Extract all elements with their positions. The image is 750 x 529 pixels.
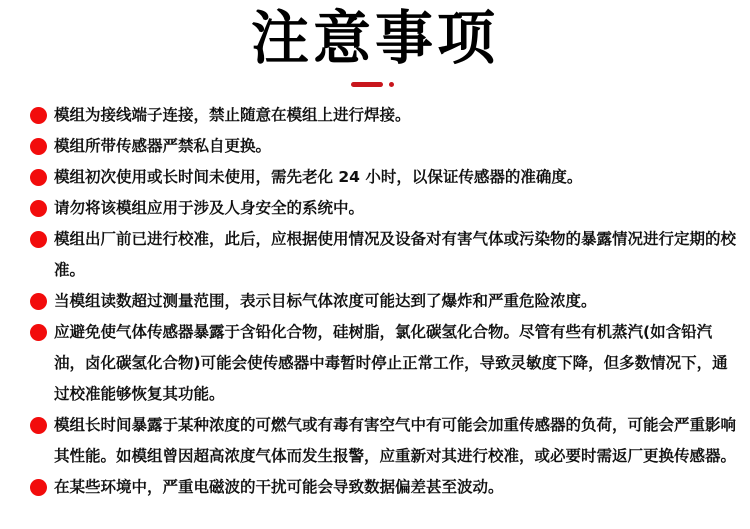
note-text: 在某些环境中，严重电磁波的干扰可能会导致数据偏差甚至波动。	[54, 478, 504, 496]
notes-list: 模组为接线端子连接，禁止随意在模组上进行焊接。 模组所带传感器严禁私自更换。 模…	[30, 100, 742, 503]
note-text: 模组所带传感器严禁私自更换。	[54, 137, 271, 155]
note-item: 在某些环境中，严重电磁波的干扰可能会导致数据偏差甚至波动。	[30, 472, 742, 503]
note-item: 模组所带传感器严禁私自更换。	[30, 131, 742, 162]
red-dot-bullet-icon	[30, 138, 47, 155]
note-text: 模组初次使用或长时间未使用，需先老化 24 小时，以保证传感器的准确度。	[54, 168, 582, 186]
note-text: 当模组读数超过测量范围，表示目标气体浓度可能达到了爆炸和严重危险浓度。	[54, 292, 597, 310]
red-dot-bullet-icon	[30, 107, 47, 124]
note-text: 请勿将该模组应用于涉及人身安全的系统中。	[54, 199, 364, 217]
red-dot-bullet-icon	[30, 169, 47, 186]
note-item: 模组为接线端子连接，禁止随意在模组上进行焊接。	[30, 100, 742, 131]
page-title: 注意事项	[0, 2, 750, 74]
note-text: 模组出厂前已进行校准，此后，应根据使用情况及设备对有害气体或污染物的暴露情况进行…	[54, 230, 736, 279]
divider-bar	[351, 82, 383, 87]
divider-dot	[389, 82, 394, 87]
red-dot-bullet-icon	[30, 417, 47, 434]
note-item: 模组初次使用或长时间未使用，需先老化 24 小时，以保证传感器的准确度。	[30, 162, 742, 193]
note-text: 模组为接线端子连接，禁止随意在模组上进行焊接。	[54, 106, 411, 124]
note-item: 当模组读数超过测量范围，表示目标气体浓度可能达到了爆炸和严重危险浓度。	[30, 286, 742, 317]
red-dot-bullet-icon	[30, 479, 47, 496]
note-item: 应避免使气体传感器暴露于含铅化合物，硅树脂，氯化碳氢化合物。尽管有些有机蒸汽(如…	[30, 317, 742, 410]
red-dot-bullet-icon	[30, 231, 47, 248]
note-item: 模组出厂前已进行校准，此后，应根据使用情况及设备对有害气体或污染物的暴露情况进行…	[30, 224, 742, 286]
red-dot-bullet-icon	[30, 293, 47, 310]
note-item: 模组长时间暴露于某种浓度的可燃气或有毒有害空气中有可能会加重传感器的负荷，可能会…	[30, 410, 742, 472]
red-dot-bullet-icon	[30, 324, 47, 341]
red-dot-bullet-icon	[30, 200, 47, 217]
note-text: 模组长时间暴露于某种浓度的可燃气或有毒有害空气中有可能会加重传感器的负荷，可能会…	[54, 416, 736, 465]
note-item: 请勿将该模组应用于涉及人身安全的系统中。	[30, 193, 742, 224]
note-text: 应避免使气体传感器暴露于含铅化合物，硅树脂，氯化碳氢化合物。尽管有些有机蒸汽(如…	[54, 323, 728, 403]
